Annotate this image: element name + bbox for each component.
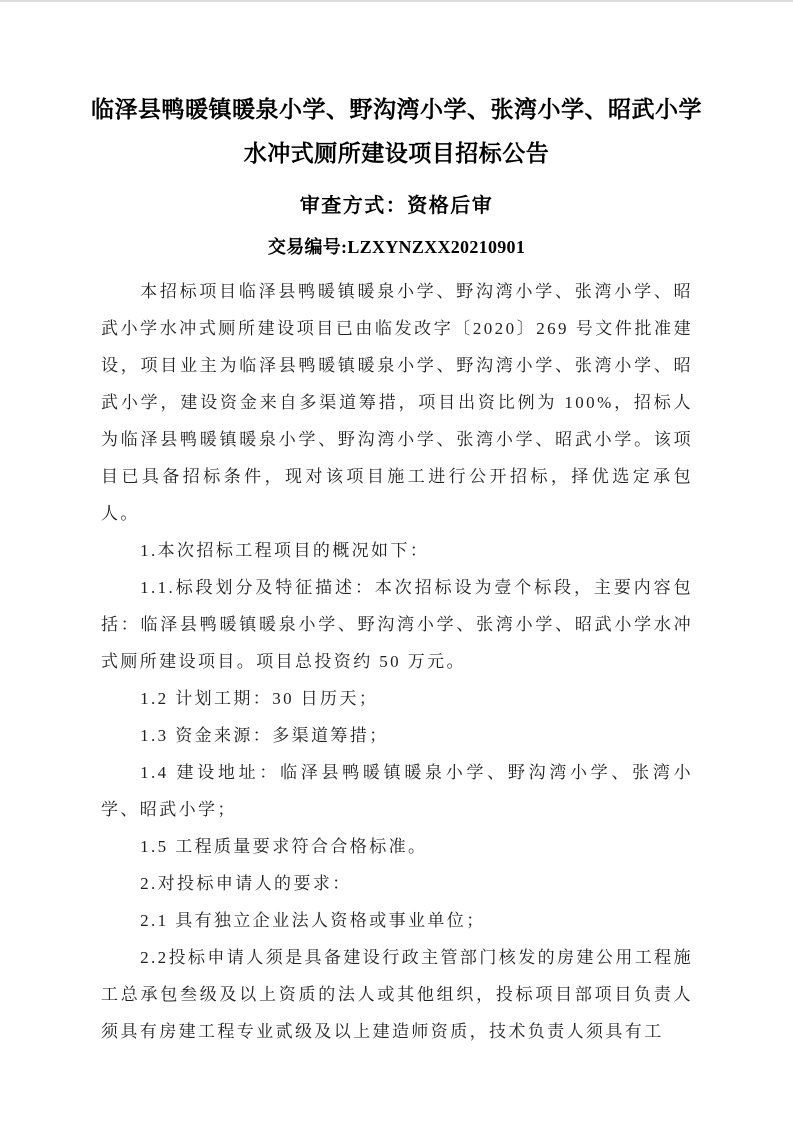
body-paragraph-section-1-5: 1.5 工程质量要求符合合格标准。: [101, 828, 693, 865]
body-paragraph-section-2-1: 2.1 具有独立企业法人资格或事业单位；: [101, 902, 693, 939]
document-title-line2: 水冲式厕所建设项目招标公告: [46, 132, 747, 176]
body-paragraph-section-1-3: 1.3 资金来源：多渠道筹措；: [101, 717, 693, 754]
review-method-line: 审查方式：资格后审: [0, 189, 793, 218]
document-title: 临泽县鸭暖镇暖泉小学、野沟湾小学、张湾小学、昭武小学 水冲式厕所建设项目招标公告: [0, 0, 793, 176]
body-paragraph-section-2-2: 2.2投标申请人须是具备建设行政主管部门核发的房建公用工程施工总承包叁级及以上资…: [101, 939, 693, 1050]
document-page: 临泽县鸭暖镇暖泉小学、野沟湾小学、张湾小学、昭武小学 水冲式厕所建设项目招标公告…: [0, 0, 793, 1122]
document-title-line1: 临泽县鸭暖镇暖泉小学、野沟湾小学、张湾小学、昭武小学: [46, 88, 747, 132]
body-paragraph-section-1-2: 1.2 计划工期：30 日历天；: [101, 680, 693, 717]
body-paragraph-intro: 本招标项目临泽县鸭暖镇暖泉小学、野沟湾小学、张湾小学、昭武小学水冲式厕所建设项目…: [101, 273, 693, 532]
body-paragraph-section-2: 2.对投标申请人的要求：: [101, 865, 693, 902]
scan-edge-line: [0, 0, 793, 2]
body-paragraph-section-1: 1.本次招标工程项目的概况如下：: [101, 532, 693, 569]
document-body: 本招标项目临泽县鸭暖镇暖泉小学、野沟湾小学、张湾小学、昭武小学水冲式厕所建设项目…: [101, 273, 693, 1050]
body-paragraph-section-1-4: 1.4 建设地址：临泽县鸭暖镇暖泉小学、野沟湾小学、张湾小学、昭武小学；: [101, 754, 693, 828]
body-paragraph-section-1-1: 1.1.标段划分及特征描述：本次招标设为壹个标段，主要内容包括：临泽县鸭暖镇暖泉…: [101, 569, 693, 680]
transaction-number-line: 交易编号:LZXYNZXX20210901: [0, 233, 793, 259]
